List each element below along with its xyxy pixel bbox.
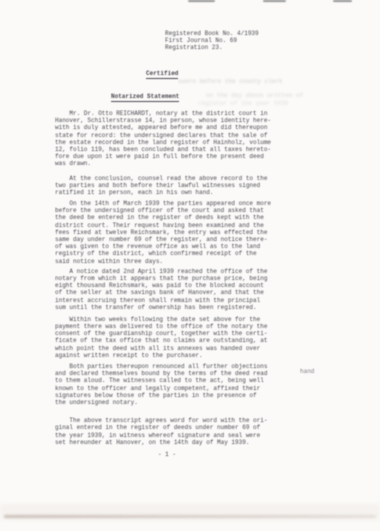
header-reference-block: Registered Book No. 4/1939 First Journal… (165, 30, 259, 51)
paragraph: Within two weeks following the date set … (55, 316, 279, 359)
text-line: before the undersigned officer of the co… (55, 207, 279, 214)
text-line: of the seller at the savings bank of Han… (55, 289, 279, 296)
text-line: Within two weeks following the date set … (55, 316, 279, 323)
text-line: sum until the transfer of ownership has … (55, 304, 279, 311)
text-line: said notice within three days. (55, 258, 279, 265)
text-line: the undersigned notary. (55, 399, 279, 406)
text-line: state for record: the undersigned declar… (55, 132, 279, 139)
text-line: known to the officer and legally compete… (55, 385, 279, 392)
header-line: First Journal No. 69 (165, 37, 259, 44)
page-number: - 1 - (55, 451, 279, 458)
text-line: 12, folio 119, has been concluded and th… (55, 146, 279, 153)
paragraph: Both parties thereupon renounced all fur… (55, 363, 279, 406)
print-through-ghost-text: on the day above written of (206, 92, 303, 99)
text-line: ficate of the tax office that no claims … (55, 337, 279, 344)
text-line: A notice dated 2nd April 1939 reached th… (55, 268, 279, 275)
text-line: set hereunder at Hanover, on the 14th da… (55, 439, 279, 446)
text-line: notary from which it appears that the pu… (55, 275, 279, 282)
scan-edge-mark (333, 0, 352, 2)
scan-edge-mark (263, 0, 286, 2)
header-line: Registration 23. (165, 44, 259, 51)
text-line: two parties and both before their lawful… (55, 182, 279, 189)
print-through-ghost-text: register of the year 1939 (198, 100, 288, 107)
header-line: Registered Book No. 4/1939 (165, 30, 259, 37)
text-line: the deed be entered in the register of d… (55, 214, 279, 221)
text-line: the year 1939, in witness whereof signat… (55, 432, 279, 439)
text-line: registry of the district, which confirme… (55, 250, 279, 257)
text-line: consent of the guardianship court, toget… (55, 330, 279, 337)
text-line: same day under number 69 of the register… (55, 236, 279, 243)
text-line: Mr. Dr. Otto REICHARDT, notary at the di… (55, 110, 279, 117)
text-line: which point the deed with all its annexe… (55, 345, 279, 352)
text-line: signatures below those of the parties in… (55, 392, 279, 399)
text-line: payment there was delivered to the offic… (55, 323, 279, 330)
paragraph: Mr. Dr. Otto REICHARDT, notary at the di… (55, 110, 279, 168)
print-through-ghost-text: sworn before the county clerk (178, 78, 282, 85)
scanned-document-page: Registered Book No. 4/1939 First Journal… (0, 0, 380, 531)
text-line: against written receipt to the purchaser… (55, 352, 279, 359)
paragraph: A notice dated 2nd April 1939 reached th… (55, 268, 279, 311)
text-line: ginal entered in the register of deeds u… (55, 424, 279, 431)
text-line: interest accruing thereon shall remain w… (55, 297, 279, 304)
text-line: On the 14th of March 1939 the parties ap… (55, 200, 279, 207)
scan-bottom-smudge (4, 515, 376, 518)
text-line: Both parties thereupon renounced all fur… (55, 363, 279, 370)
text-line: with is duly attested, appeared before m… (55, 124, 279, 131)
text-line: and declared themselves bound by the ter… (55, 370, 279, 377)
scan-edge-mark (188, 0, 215, 2)
text-line: of was given to the revenue office as we… (55, 243, 279, 250)
text-line: was drawn. (55, 160, 279, 167)
text-line: Hanover, Schillerstrasse 14, in person, … (55, 117, 279, 124)
text-line: At the conclusion, counsel read the abov… (55, 175, 279, 182)
text-line: fees fixed at twelve Reichsmark, the ent… (55, 229, 279, 236)
text-line: to them aloud. The witnesses called to t… (55, 377, 279, 384)
text-line: ratified it in person, each in his own h… (55, 189, 279, 196)
text-line: district court. Their request having bee… (55, 222, 279, 229)
document-title: Certified (146, 70, 178, 79)
text-line: the estate recorded in the land register… (55, 139, 279, 146)
document-subtitle: Notarized Statement (111, 93, 179, 102)
text-line: The above transcript agrees word for wor… (55, 417, 279, 424)
text-line: fore due upon it were paid in full befor… (55, 153, 279, 160)
paragraph: At the conclusion, counsel read the abov… (55, 175, 279, 197)
document-body: Mr. Dr. Otto REICHARDT, notary at the di… (55, 110, 279, 446)
paragraph: On the 14th of March 1939 the parties ap… (55, 200, 279, 265)
text-line: eight thousand Reichsmark, was paid to t… (55, 282, 279, 289)
margin-overhang-word: hand (300, 368, 314, 375)
paragraph: The above transcript agrees word for wor… (55, 417, 279, 446)
